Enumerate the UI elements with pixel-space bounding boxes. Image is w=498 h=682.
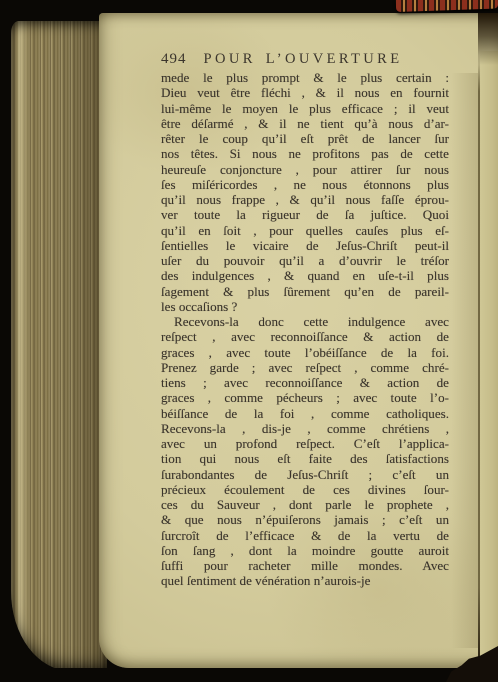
text-line: nos têtes. Si nous ne profitons pas de c…: [161, 146, 449, 161]
text-line: ſurabondantes de Jeſus-Chriſt ; c’eſt un: [161, 467, 449, 482]
bottom-background-band: [0, 668, 498, 682]
page-gutter: [480, 51, 498, 658]
book-page: 494 POUR L’OUVERTURE mede le plus prompt…: [99, 13, 498, 668]
text-line: avec un profond reſpect. C’eſt l’applica…: [161, 436, 449, 451]
page-header: 494 POUR L’OUVERTURE: [161, 51, 461, 68]
page-crease-line: [478, 55, 480, 660]
text-line: Prenez garde ; avec reſpect , comme chré…: [161, 360, 449, 375]
text-line: ſuffi pour racheter mille mondes. Avec: [161, 558, 449, 573]
text-line: tiens ; avec reconnoiſſance & action de: [161, 375, 449, 390]
text-line: ſurcroît de l’efficace & de la vertu de: [161, 528, 449, 543]
text-line: rêter le coup qu’il eſt prêt de lancer ſ…: [161, 131, 449, 146]
headband-decoration: [396, 0, 498, 12]
text-line: ſentielles le vicaire de Jeſus-Chriſt pe…: [161, 238, 449, 253]
page-number: 494: [161, 51, 187, 68]
text-line: Recevons-la donc cette indulgence avec: [161, 314, 449, 329]
text-line: ces du Sauveur , dont parle le prophete …: [161, 497, 449, 512]
text-line: heureuſe conjoncture , pour attirer ſur …: [161, 162, 449, 177]
text-line: les occaſions ?: [161, 299, 449, 314]
page-crease-shadow: [451, 73, 478, 648]
text-line: ſes miſéricordes , ne nous étonnons plus: [161, 177, 449, 192]
text-line: Recevons-la , dis-je , comme chrétiens ,: [161, 421, 449, 436]
text-line: graces , comme pécheurs ; avec toute l’o…: [161, 390, 449, 405]
text-line: qu’il en ſoit , pour quelles cauſes plus…: [161, 223, 449, 238]
text-line: mede le plus prompt & le plus certain :: [161, 70, 449, 85]
text-line: être déſarmé , & il ne tient qu’à nous d…: [161, 116, 449, 131]
text-line: ſon ſang , dont la moindre goutte auroit: [161, 543, 449, 558]
text-line: béiſſance de la foi , comme catholiques.: [161, 406, 449, 421]
text-line: ſagement & plus ſûrement qu’en de pareil…: [161, 284, 449, 299]
running-title: POUR L’OUVERTURE: [204, 51, 403, 68]
text-line: reſpect , avec reconnoiſſance & action d…: [161, 329, 449, 344]
text-line: uſer du pouvoir qu’il a d’ouvrir le tréſ…: [161, 253, 449, 268]
text-block: mede le plus prompt & le plus certain :D…: [161, 70, 449, 589]
text-line: précieux écoulement de ces divines ſour-: [161, 482, 449, 497]
book-photo-scene: 494 POUR L’OUVERTURE mede le plus prompt…: [0, 0, 498, 682]
text-line: des indulgences , & quand en uſe-t-il pl…: [161, 268, 449, 283]
text-line: Dieu veut être fléchi , & il nous en fou…: [161, 85, 449, 100]
book-fore-edge-pages: [11, 21, 107, 671]
text-line: & que nous n’épuiſerons jamais ; c’eſt u…: [161, 512, 449, 527]
text-line: lui-même le moyen le plus efficace ; il …: [161, 101, 449, 116]
text-line: qu’il nous frappe , & qu’il nous faſſe é…: [161, 192, 449, 207]
text-line: tion qui nous eſt faite des ſatisfaction…: [161, 451, 449, 466]
gutter-top-shadow: [478, 13, 498, 65]
text-line: graces , avec toute l’obéiſſance de la f…: [161, 345, 449, 360]
text-line: ver toute la rigueur de ſa juſtice. Quoi: [161, 207, 449, 222]
text-line: quel ſentiment de vénération n’aurois-je: [161, 573, 449, 588]
